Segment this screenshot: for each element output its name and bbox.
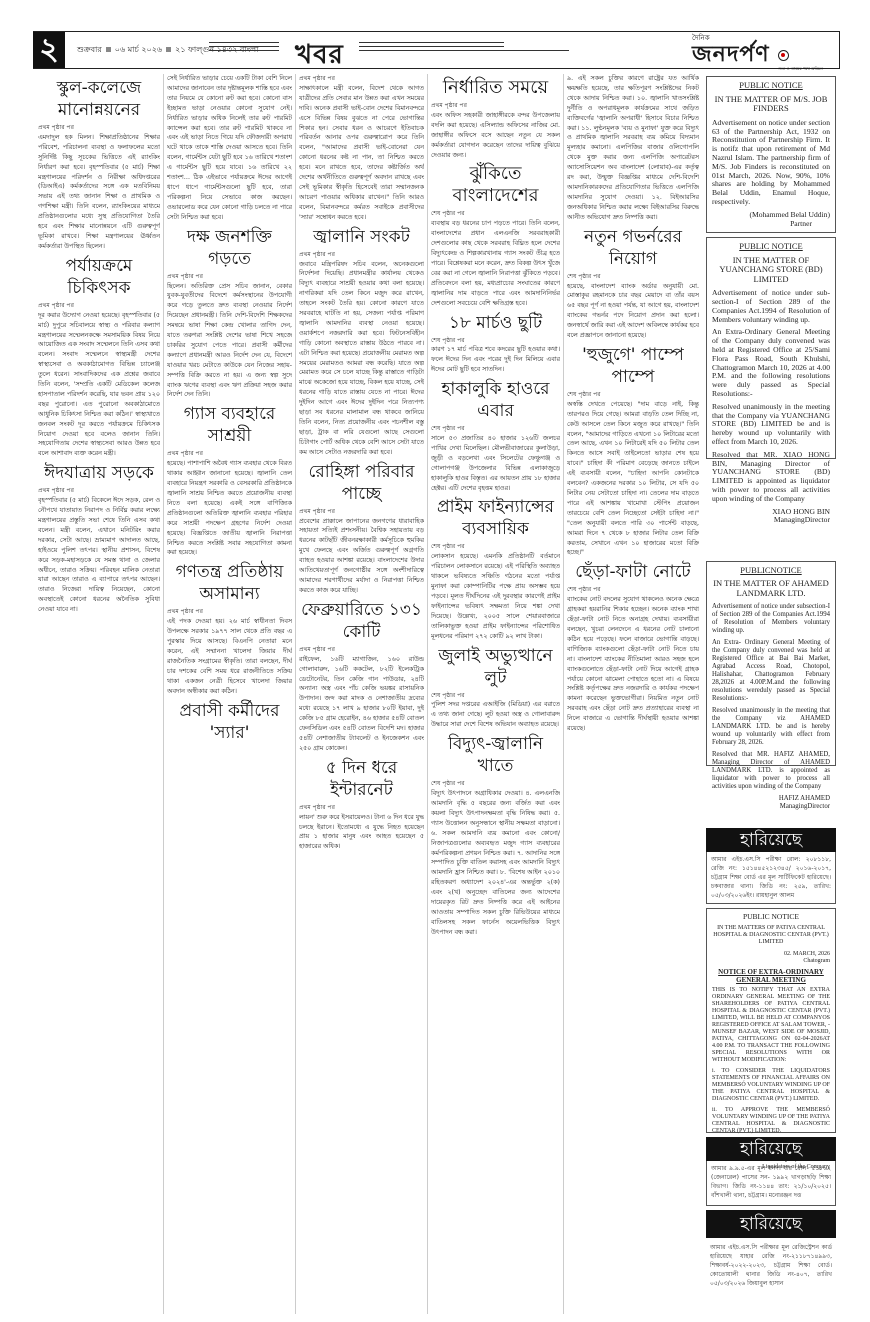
headline: ৫ দিন ধরে ইন্টারনেট — [299, 757, 424, 801]
article-continuation: সাক্ষাৎকালে মন্ত্রী বলেন, বিদেশ থেকে আগত… — [299, 84, 424, 223]
jump-line: প্রথম পৃষ্ঠার পর — [167, 449, 292, 459]
headline: জুলাই অভ্যুত্থানে লুট — [431, 645, 560, 689]
lost-banner: হারিয়েছে — [706, 1210, 836, 1238]
article-body: বিদ্যুৎ উৎপাদনে অগ্রাধিকার দেওয়া। ৪. এল… — [431, 789, 560, 938]
jump-line: প্রথম পৃষ্ঠার পর — [299, 645, 424, 655]
notice-signature: HAFIZ AHAMED — [712, 795, 830, 803]
notice-matter: IN THE MATTER OF AHAMED LANDMARK LTD. — [712, 579, 830, 598]
date-gregorian: ০৬ মার্চ ২০২৬ — [115, 45, 162, 54]
public-notice-ahamed-landmark: PUBLICNOTICE IN THE MATTER OF AHAMED LAN… — [706, 561, 836, 766]
jump-line: প্রথম পৃষ্ঠার পর — [38, 486, 160, 496]
notice-paragraph: Resolved that MR. XIAO HONG BIN, Managin… — [712, 451, 830, 504]
article-body: এবং অফিস সহকারী জাহাঙ্গীরকে বন্দর উপজেলা… — [431, 111, 560, 161]
jump-line: প্রথম পৃষ্ঠার পর — [167, 607, 292, 617]
article-february-131-crore: ফেব্রুয়ারিতে ১৩১ কোটি প্রথম পৃষ্ঠার পর … — [299, 599, 424, 754]
article-new-governor: নতুন গভর্নরের নিয়োগ শেষ পৃষ্ঠার পর হয়ে… — [567, 226, 699, 341]
article-body: হয়েছে। পাশাপাশি অবৈধ গ্যাস ব্যবহার থেকে… — [167, 459, 292, 558]
lost-banner: হারিয়েছে — [706, 1137, 836, 1161]
notice-title: PUBLIC NOTICE — [712, 242, 830, 251]
article-scheduled-time: নির্ধারিত সময়ে প্রথম পৃষ্ঠার পর এবং অফি… — [431, 77, 560, 160]
column-divider — [563, 74, 564, 1314]
notice-paragraph: An Extra-Ordinary General Meeting of the… — [712, 328, 830, 398]
jump-line: প্রথম পৃষ্ঠার পর — [38, 123, 160, 133]
notice-signature-role: ManagingDirector — [712, 516, 830, 525]
article-body: এই পদক দেওয়া হয়। ২৬ মার্চ স্বাধীনতা দি… — [167, 617, 292, 696]
headline: গ্যাস ব্যবহারে সাশ্রয়ী — [167, 403, 292, 447]
article-doctors: পর্যায়ক্রমে চিকিৎসক প্রথম পৃষ্ঠার পর দূ… — [38, 255, 160, 460]
article-gas-saving: গ্যাস ব্যবহারে সাশ্রয়ী প্রথম পৃষ্ঠার পর… — [167, 403, 292, 558]
notice-matter: IN THE MATTERS OF PATIYA CENTRAL HOSPITA… — [712, 925, 830, 946]
article-body: জবাবে মন্ত্রিপরিষদ সচিব বলেন, অনেকগুলো ন… — [299, 260, 424, 458]
decorative-rules-right — [359, 42, 504, 56]
column-4: নির্ধারিত সময়ে প্রথম পৃষ্ঠার পর এবং অফি… — [431, 74, 560, 1319]
article-body: হয়েছে, বাংলাদেশ ব্যাংক অর্ডার অনুযায়ী … — [567, 282, 699, 341]
headline: দক্ষ জনশক্তি গড়তে — [167, 226, 292, 270]
column-2: সেই নির্ধারিত ভাড়ার চেয়ে একটি টাকা বেশ… — [167, 74, 292, 1319]
article-body: প্রবেশের প্রাক্কালে জাপানের জনগণের ধারাব… — [299, 517, 424, 596]
article-prime-finance: প্রাইম ফাইন্যান্সের ব্যবসায়িক শেষ পৃষ্ঠ… — [431, 496, 560, 641]
jump-line: প্রথম পৃষ্ঠার পর — [431, 101, 560, 111]
headline: গণতন্ত্র প্রতিষ্ঠায় অসামান্য — [167, 561, 292, 605]
column-1: স্কুল-কলেজে মানোন্নয়নের প্রথম পৃষ্ঠার প… — [38, 74, 160, 1319]
public-notice-job-finders: PUBLIC NOTICE IN THE MATTER OF M/S. JOB … — [706, 76, 836, 233]
column-divider — [163, 74, 164, 1314]
jump-line: শেষ পৃষ্ঠার পর — [431, 542, 560, 552]
headline: স্কুল-কলেজে মানোন্নয়নের — [38, 77, 160, 121]
headline: প্রাইম ফাইন্যান্সের ব্যবসায়িক — [431, 496, 560, 540]
article-continuation: ৯. এই সকল চুক্তির কারণে রাষ্ট্রের যত আর্… — [567, 74, 699, 223]
article-continuation: সেই নির্ধারিত ভাড়ার চেয়ে একটি টাকা বেশ… — [167, 74, 292, 223]
jump-line: শেষ পৃষ্ঠার পর — [567, 585, 699, 595]
notice-paragraph: i. TO CONSIDER THE LIQUIDATORS STATEMENT… — [712, 1068, 830, 1103]
headline: পর্যায়ক্রমে চিকিৎসক — [38, 255, 160, 299]
headline: বিদ্যুৎ-জ্বালানি খাতে — [431, 733, 560, 777]
notice-paragraph: Advertisement of notice under subsection… — [712, 603, 830, 635]
article-eid-travel: ঈদযাত্রায় সড়কে প্রথম পৃষ্ঠার পর বৃহস্প… — [38, 462, 160, 615]
article-body: সালে ৫৩ প্রজাতির ৪০ হাজার ১২৬টি জলচর পাখ… — [431, 434, 560, 493]
notice-matter: IN THE MATTER OF YUANCHANG STORE (BD) LI… — [712, 256, 830, 285]
column-3: প্রথম পৃষ্ঠার পর সাক্ষাৎকালে মন্ত্রী বলে… — [299, 74, 424, 1319]
article-bangladesh-risk: ঝুঁকিতে বাংলাদেশের শেষ পৃষ্ঠার পর ব্যবস্… — [431, 163, 560, 308]
column-divider — [295, 74, 296, 1314]
public-notice-patiya-hospital: PUBLIC NOTICE IN THE MATTERS OF PATIYA C… — [706, 908, 836, 1133]
column-5: ৯. এই সকল চুক্তির কারণে রাষ্ট্রের যত আর্… — [567, 74, 699, 1319]
article-body: রাইফেল, ১৬টি ম্যাগাজিন, ১৬০ রাউন্ড গোলাব… — [299, 655, 424, 754]
notice-signature-role: ManagingDirector — [712, 803, 830, 811]
jump-line: প্রথম পৃষ্ঠার পর — [299, 250, 424, 260]
article-power-energy: বিদ্যুৎ-জ্বালানি খাতে শেষ পৃষ্ঠার পর বিদ… — [431, 733, 560, 938]
meeting-title: NOTICE OF EXTRA-ORDINARY GENERAL MEETING — [712, 968, 830, 984]
notice-paragraph: ii. TO APPROVE THE MEMBERSÓ VOLUNTARY WI… — [712, 1107, 830, 1135]
article-march-18-holiday: ১৮ মার্চও ছুটি শেষ পৃষ্ঠার পর কারণ ১৭ মা… — [431, 312, 560, 376]
article-hakaluki-haor: হাকালুকি হাওরে এবার শেষ পৃষ্ঠার পর সালে … — [431, 378, 560, 493]
section-title: খবর — [295, 34, 344, 78]
article-school-college: স্কুল-কলেজে মানোন্নয়নের প্রথম পৃষ্ঠার প… — [38, 77, 160, 252]
notice-signature: (Mohammed Belal Uddin) — [712, 211, 830, 220]
article-body: ব্যাংকের নোট বদলের সুযোগ থাকলেও অনেক ক্ষ… — [567, 595, 699, 734]
article-body: বৃহস্পতিবার (৫ মার্চ) বিকেলে ঈদে সড়ক, র… — [38, 496, 160, 615]
column-divider — [427, 74, 428, 1314]
lost-notice-text: আমার ৯.৯.৫-এর মূল সনদ। যার রোল- ৫১৮৬২ (জ… — [706, 1161, 836, 1206]
headline: ছেঁড়া-ফাটা নোটে — [567, 561, 699, 583]
jump-line: শেষ পৃষ্ঠার পর — [567, 390, 699, 400]
article-body: লোকসান হয়েছে। এমনকি প্রতিষ্ঠানটি বর্তমা… — [431, 552, 560, 641]
notice-date: 02. MARCH, 2026 — [712, 951, 830, 958]
brand-tagline: সত্য ও ন্যায়ের পথে অবিচল — [692, 66, 823, 73]
lost-notice-text: আমার এইচ.এস.সি পরীক্ষা রোল: ২০৮১১৮, রেজি… — [706, 852, 836, 904]
decorative-rules-left — [209, 42, 279, 56]
article-rohingya: রোহিঙ্গা পরিবার পাচ্ছে প্রথম পৃষ্ঠার পর … — [299, 461, 424, 596]
article-fuel-crisis: জ্বালানি সংকট প্রথম পৃষ্ঠার পর জবাবে মন্… — [299, 226, 424, 458]
headline: নতুন গভর্নরের নিয়োগ — [567, 226, 699, 270]
day: শুক্রবার — [77, 45, 102, 54]
notice-title: PUBLIC NOTICE — [712, 81, 830, 90]
notice-paragraph: Resolved that MR. HAFIZ AHAMED, Managing… — [712, 751, 830, 791]
jump-line: প্রথম পৃষ্ঠার পর — [299, 507, 424, 517]
public-notice-yuanchang: PUBLIC NOTICE IN THE MATTER OF YUANCHANG… — [706, 237, 836, 459]
headline-expatriate-sir: প্রবাসী কর্মীদের 'স্যার' — [167, 700, 292, 744]
article-body: অস্বস্তি দেখতে পেয়েছে। "দাম বাড়ে নাই, … — [567, 400, 699, 559]
headline: ঝুঁকিতে বাংলাদেশের — [431, 163, 560, 207]
article-body: এমদাদুল হক মিলন। শিক্ষাপ্রতিষ্ঠানের শিক্… — [38, 133, 160, 252]
lost-banner: হারিয়েছে — [706, 828, 836, 852]
headline: ফেব্রুয়ারিতে ১৩১ কোটি — [299, 599, 424, 643]
notice-paragraph: Resolved unanimously in the meeting that… — [712, 707, 830, 747]
jump-line: শেষ পৃষ্ঠার পর — [431, 691, 560, 701]
notice-title: PUBLIC NOTICE — [712, 913, 830, 920]
article-body: ছিলেন। অতিরিক্ত প্রেস সচিব জানান, বেকার … — [167, 282, 292, 401]
headline: 'হুজুগে' পাম্পে পাম্পে — [567, 344, 699, 388]
jump-line: শেষ পৃষ্ঠার পর — [431, 779, 560, 789]
jump-line: শেষ পৃষ্ঠার পর — [431, 424, 560, 434]
jump-line: প্রথম পৃষ্ঠার পর — [299, 74, 424, 84]
page-number: ২ — [33, 32, 65, 68]
article-skilled-workforce: দক্ষ জনশক্তি গড়তে প্রথম পৃষ্ঠার পর ছিলে… — [167, 226, 292, 401]
article-body: লায়ন' শুরু করে ইসরায়েলও। টানা ৬ দিন ধর… — [299, 813, 424, 853]
notice-paragraph: THIS IS TO NOTIFY THAT AN EXTRA ORDINARY… — [712, 987, 830, 1064]
article-democracy: গণতন্ত্র প্রতিষ্ঠায় অসামান্য প্রথম পৃষ্… — [167, 561, 292, 696]
article-torn-notes: ছেঁড়া-ফাটা নোটে শেষ পৃষ্ঠার পর ব্যাংকের… — [567, 561, 699, 734]
headline: রোহিঙ্গা পরিবার পাচ্ছে — [299, 461, 424, 505]
newspaper-brand: দৈনিক জনদর্পণ সত্য ও ন্যায়ের পথে অবিচল — [692, 32, 827, 73]
separator-square-icon — [106, 47, 111, 52]
notice-paragraph: Advertisement on notice under section 63… — [712, 119, 830, 207]
masthead: ২ শুক্রবার০৬ মার্চ ২০২৬২১ ফাল্গুন ১৪৩২ ব… — [33, 31, 840, 69]
headline: হাকালুকি হাওরে এবার — [431, 378, 560, 422]
bangladesh-map-logo-icon — [778, 50, 789, 61]
article-pump-rush: 'হুজুগে' পাম্পে পাম্পে শেষ পৃষ্ঠার পর অস… — [567, 344, 699, 558]
article-body: কারণ ১৭ মার্চ পবিত্র শবে কদরের ছুটি হওয়… — [431, 345, 560, 375]
jump-line: শেষ পৃষ্ঠার পর — [431, 336, 560, 346]
article-body: দূর করার উদ্যোগ নেওয়া হয়েছে। বৃহস্পতিব… — [38, 311, 160, 460]
headline: ঈদযাত্রায় সড়কে — [38, 462, 160, 484]
lost-notice-text: আমার এইচ.এস.সি পরীক্ষার মূল রেজিস্ট্রেশন… — [706, 1240, 836, 1292]
notice-paragraph: An Extra- Ordinary General Meeting of th… — [712, 639, 830, 703]
notice-title: PUBLICNOTICE — [712, 566, 830, 574]
headline: ১৮ মার্চও ছুটি — [431, 312, 560, 334]
separator-square-icon — [166, 47, 171, 52]
article-body: ব্যবস্থায় বড় ধরনের চাপ পড়তে পারে। তিন… — [431, 219, 560, 308]
jump-line: শেষ পৃষ্ঠার পর — [431, 209, 560, 219]
jump-line: প্রথম পৃষ্ঠার পর — [167, 272, 292, 282]
jump-line: প্রথম পৃষ্ঠার পর — [299, 803, 424, 813]
article-body: পুলিশ সদর দপ্তরের এআইজি (মিডিয়া) এর বরা… — [431, 700, 560, 730]
article-july-uprising-loot: জুলাই অভ্যুত্থানে লুট শেষ পৃষ্ঠার পর পুল… — [431, 645, 560, 731]
brand-name: জনদর্পণ — [692, 44, 827, 66]
notice-place: Chatogram — [712, 958, 830, 965]
notice-signature-role: Partner — [712, 220, 830, 229]
jump-line: প্রথম পৃষ্ঠার পর — [38, 301, 160, 311]
headline: জ্বালানি সংকট — [299, 226, 424, 248]
notice-paragraph: Advertisement of notice under sub-sectio… — [712, 289, 830, 324]
jump-line: শেষ পৃষ্ঠার পর — [567, 272, 699, 282]
article-internet-5-days: ৫ দিন ধরে ইন্টারনেট প্রথম পৃষ্ঠার পর লায… — [299, 757, 424, 853]
notice-matter: IN THE MATTER OF M/S. JOB FINDERS — [712, 95, 830, 114]
notice-paragraph: Resolved unanimously in the meeting that… — [712, 403, 830, 447]
headline: নির্ধারিত সময়ে — [431, 77, 560, 99]
